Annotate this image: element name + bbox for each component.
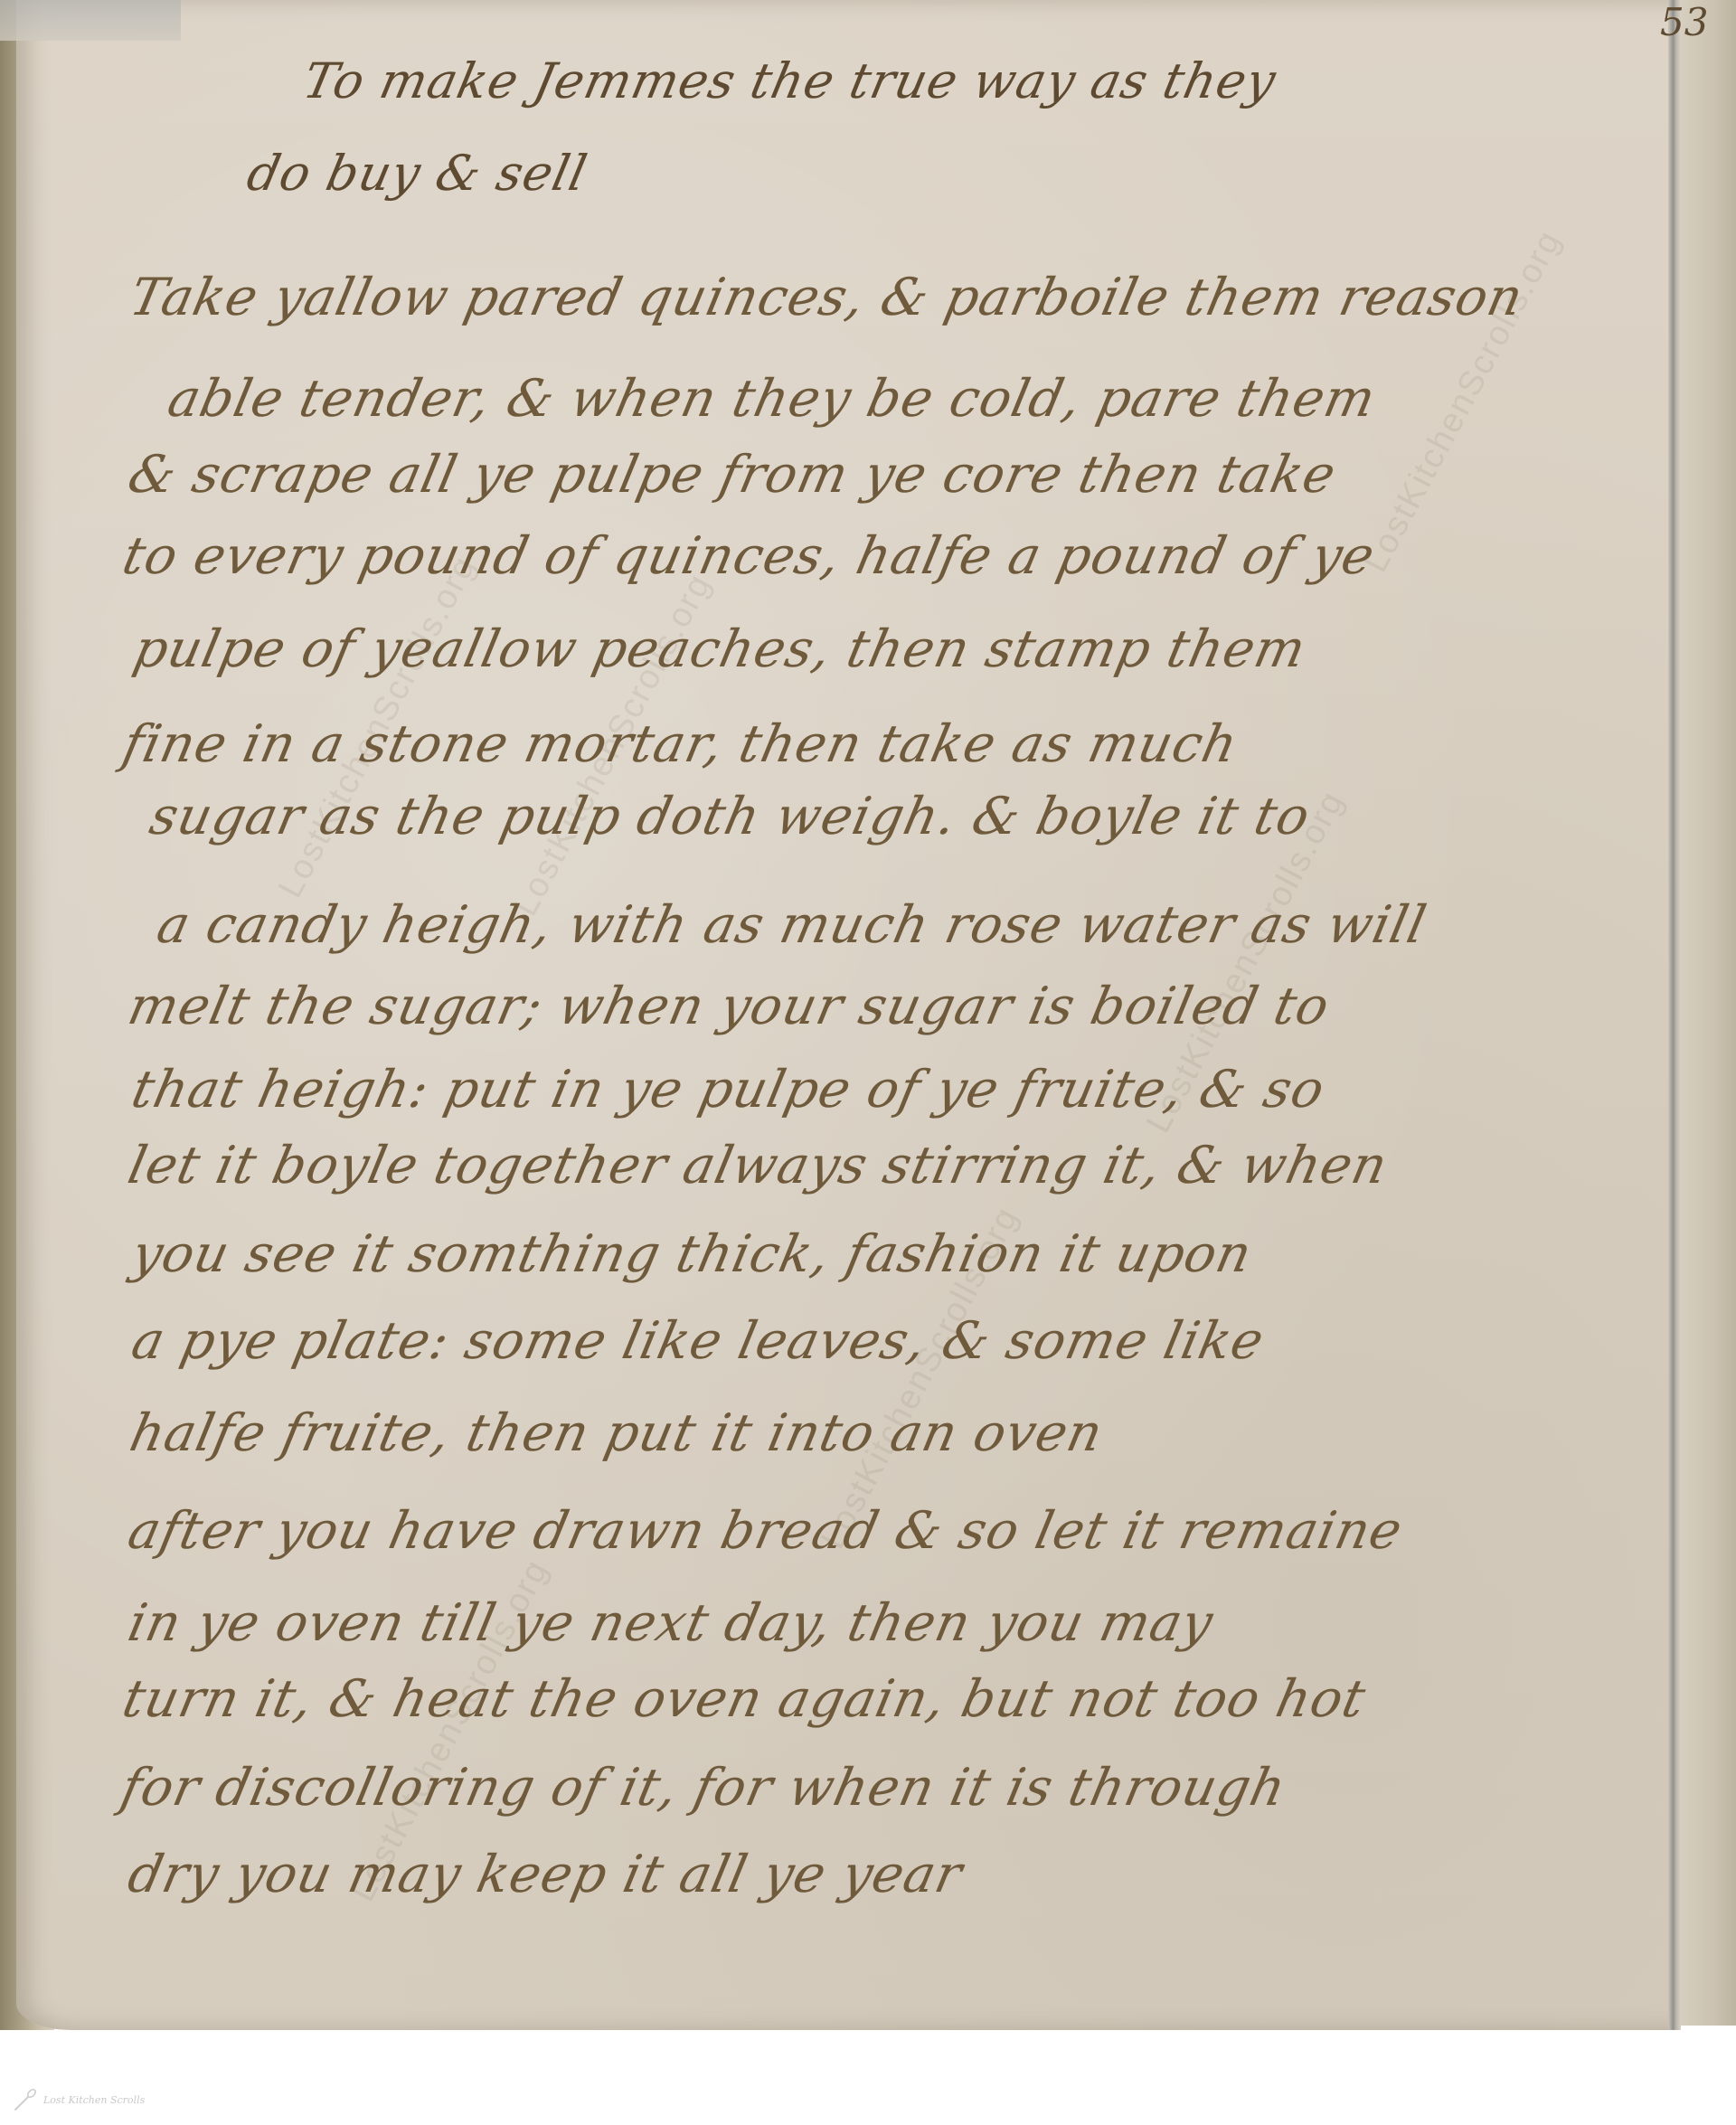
recipe-line: that heigh: put in ye pulpe of ye fruite… [127, 1060, 1330, 1119]
recipe-title-line-1: To make Jemmes the true way as they [298, 52, 1281, 109]
recipe-line: for discolloring of it, for when it is t… [116, 1758, 1291, 1818]
recipe-line: turn it, & heat the oven again, but not … [118, 1669, 1371, 1729]
recipe-line: after you have drawn bread & so let it r… [123, 1501, 1408, 1561]
manuscript-text: To make Jemmes the true way as they do b… [0, 0, 1736, 2030]
recipe-line: Take yallow pared quinces, & parboile th… [125, 268, 1529, 327]
recipe-line: halfe fruite, then put it into an oven [125, 1403, 1109, 1463]
recipe-line: to every pound of quinces, halfe a pound… [118, 526, 1381, 586]
recipe-line: fine in a stone mortar, then take as muc… [118, 714, 1243, 774]
recipe-line: let it boyle together always stirring it… [123, 1136, 1393, 1195]
site-credit: Lost Kitchen Scrolls [13, 2087, 145, 2112]
recipe-line: able tender, & when they be cold, pare t… [163, 369, 1381, 429]
recipe-line: a candy heigh, with as much rose water a… [152, 895, 1432, 955]
recipe-title-line-2: do buy & sell [242, 145, 592, 202]
recipe-line: sugar as the pulp doth weigh. & boyle it… [145, 787, 1316, 846]
whisk-icon [13, 2087, 38, 2112]
credit-label: Lost Kitchen Scrolls [43, 2094, 145, 2106]
recipe-line: a pye plate: some like leaves, & some li… [127, 1311, 1269, 1371]
recipe-line: dry you may keep it all ye year [123, 1845, 967, 1904]
recipe-line: in ye oven till ye next day, then you ma… [123, 1593, 1219, 1653]
recipe-line: you see it somthing thick, fashion it up… [127, 1224, 1258, 1284]
recipe-line: & scrape all ye pulpe from ye core then … [123, 445, 1342, 505]
recipe-line: melt the sugar; when your sugar is boile… [123, 977, 1335, 1036]
recipe-line: pulpe of yeallow peaches, then stamp the… [128, 619, 1311, 679]
